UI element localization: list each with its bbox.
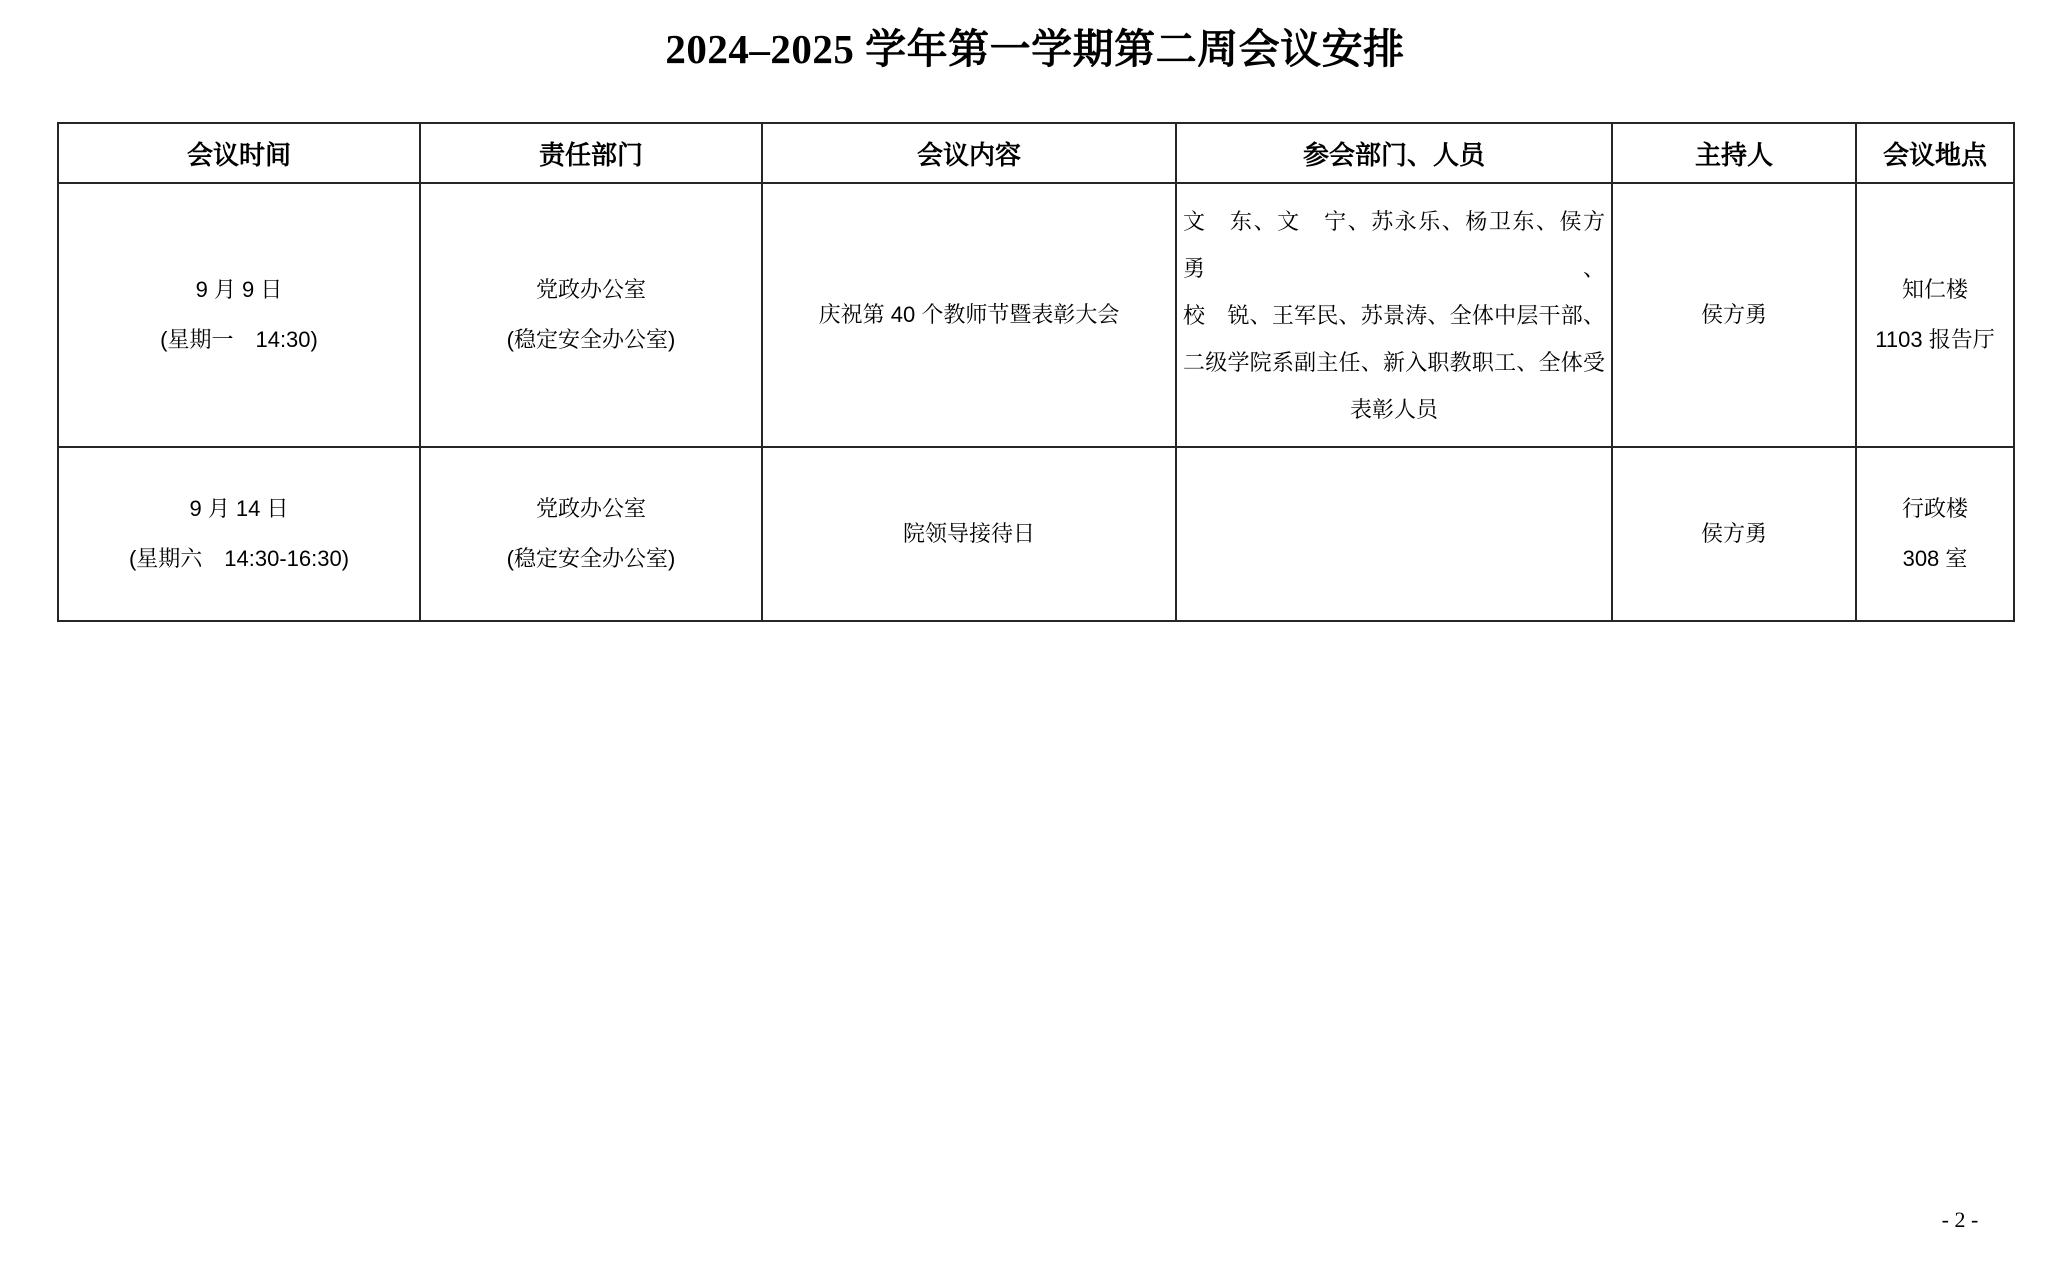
cell-responsible-department: 党政办公室 (稳定安全办公室) [420,447,762,621]
department-name: 党政办公室 [427,265,755,315]
cell-host: 侯方勇 [1612,183,1856,447]
table-header-row: 会议时间 责任部门 会议内容 参会部门、人员 主持人 会议地点 [58,123,2014,183]
cell-responsible-department: 党政办公室 (稳定安全办公室) [420,183,762,447]
host-name: 侯方勇 [1619,290,1849,340]
header-meeting-time: 会议时间 [58,123,420,183]
header-participants: 参会部门、人员 [1176,123,1612,183]
meeting-schedule-table: 会议时间 责任部门 会议内容 参会部门、人员 主持人 会议地点 9 月 9 日 … [57,122,2015,622]
participants-line: 文 东、文 宁、苏永乐、杨卫东、侯方勇、 [1183,198,1605,292]
meeting-weekday-time: (星期六 14:30-16:30) [65,534,413,584]
department-name: 党政办公室 [427,484,755,534]
meeting-content-text: 庆祝第 40 个教师节暨表彰大会 [769,290,1169,340]
cell-meeting-content: 院领导接待日 [762,447,1176,621]
participants-line: 表彰人员 [1183,386,1605,433]
header-responsible-department: 责任部门 [420,123,762,183]
participants-line: 校 锐、王军民、苏景涛、全体中层干部、 [1183,292,1605,339]
location-building: 知仁楼 [1863,265,2007,315]
cell-meeting-location: 知仁楼 1103 报告厅 [1856,183,2014,447]
meeting-date: 9 月 9 日 [65,265,413,315]
table-row: 9 月 9 日 (星期一 14:30) 党政办公室 (稳定安全办公室) 庆祝第 … [58,183,2014,447]
page-number: - 2 - [1880,1206,2040,1234]
location-room: 308 室 [1863,534,2007,584]
cell-meeting-content: 庆祝第 40 个教师节暨表彰大会 [762,183,1176,447]
cell-meeting-time: 9 月 14 日 (星期六 14:30-16:30) [58,447,420,621]
header-meeting-content: 会议内容 [762,123,1176,183]
cell-meeting-time: 9 月 9 日 (星期一 14:30) [58,183,420,447]
meeting-date: 9 月 14 日 [65,484,413,534]
cell-participants: 文 东、文 宁、苏永乐、杨卫东、侯方勇、 校 锐、王军民、苏景涛、全体中层干部、… [1176,183,1612,447]
participants-line: 二级学院系副主任、新入职教职工、全体受 [1183,339,1605,386]
cell-meeting-location: 行政楼 308 室 [1856,447,2014,621]
location-room: 1103 报告厅 [1863,315,2007,365]
department-subname: (稳定安全办公室) [427,534,755,584]
cell-host: 侯方勇 [1612,447,1856,621]
meeting-content-text: 院领导接待日 [769,509,1169,559]
host-name: 侯方勇 [1619,509,1849,559]
header-host: 主持人 [1612,123,1856,183]
meeting-weekday-time: (星期一 14:30) [65,315,413,365]
location-building: 行政楼 [1863,484,2007,534]
department-subname: (稳定安全办公室) [427,315,755,365]
page-title: 2024–2025 学年第一学期第二周会议安排 [57,24,2013,74]
table-row: 9 月 14 日 (星期六 14:30-16:30) 党政办公室 (稳定安全办公… [58,447,2014,621]
cell-participants [1176,447,1612,621]
header-meeting-location: 会议地点 [1856,123,2014,183]
